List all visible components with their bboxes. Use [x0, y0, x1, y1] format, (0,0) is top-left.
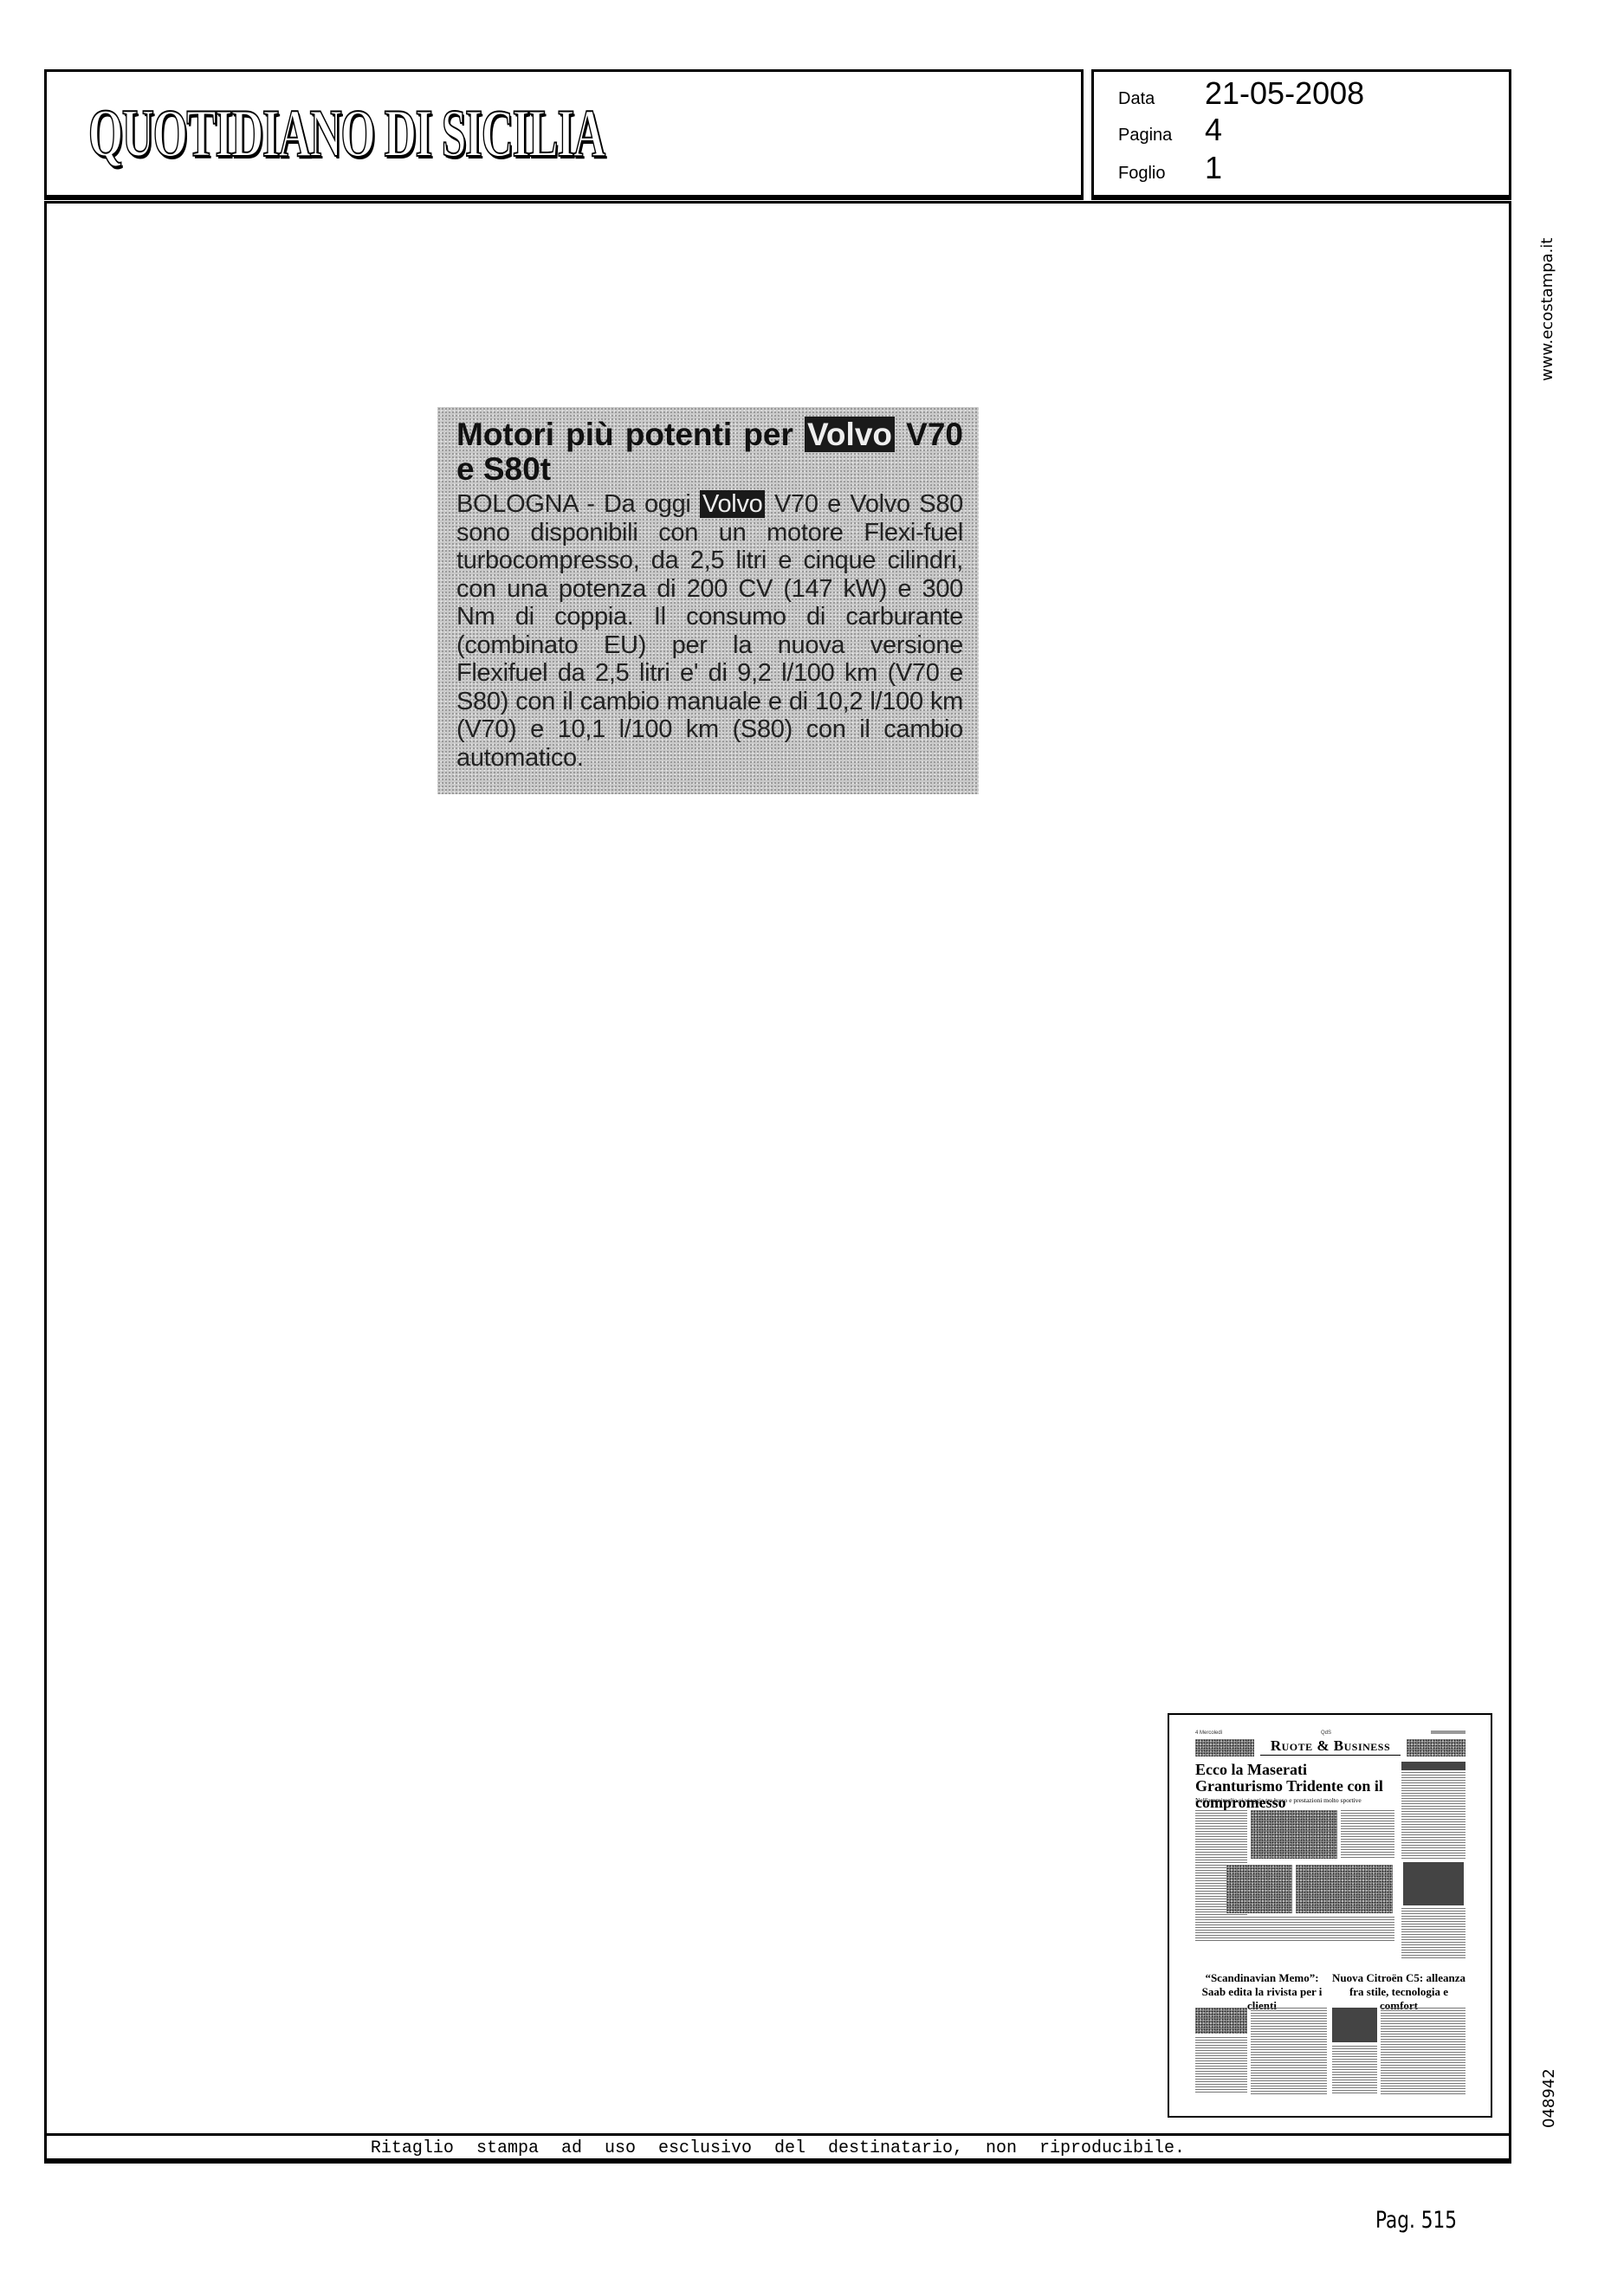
- thumb-banner-left-image: [1195, 1739, 1254, 1756]
- thumb-headline-citroen: Nuova Citroën C5: alleanza fra stile, te…: [1332, 1971, 1465, 2013]
- page-value: 4: [1205, 112, 1222, 148]
- copyright-notice: Ritaglio stampa ad uso esclusivo del des…: [47, 2138, 1509, 2158]
- thumb-headline-saab: “Scandinavian Memo”: Saab edita la rivis…: [1197, 1971, 1327, 2013]
- thumb-col-text-3: [1195, 1917, 1394, 1941]
- article-headline: Motori più potenti per Volvo V70 e S80t: [456, 417, 963, 487]
- meta-date-row: Data 21-05-2008: [1118, 75, 1364, 112]
- thumb-col-text-5: [1195, 2037, 1247, 2094]
- thumb-sidebar-text: [1401, 1772, 1465, 1859]
- masthead-box: QUOTIDIANO DI SICILIA: [44, 69, 1084, 197]
- source-website-label: www.ecostampa.it: [1538, 238, 1556, 381]
- article-body: BOLOGNA - Da oggi Volvo V70 e Volvo S80 …: [456, 490, 963, 772]
- newspaper-masthead: QUOTIDIANO DI SICILIA: [88, 94, 605, 172]
- footer-divider: [47, 2133, 1509, 2136]
- date-label: Data: [1118, 89, 1205, 109]
- thumbnail-content: 4 Mercoledì QdS Ruote & Business Ecco la…: [1195, 1730, 1465, 2094]
- document-code: 048942: [1540, 2068, 1558, 2128]
- highlighted-keyword: Volvo: [700, 490, 765, 518]
- thumb-photo-5: [1332, 2008, 1377, 2042]
- highlighted-keyword: Volvo: [805, 417, 895, 452]
- thumb-photo-4: [1195, 2008, 1247, 2034]
- thumb-photo-3: [1296, 1865, 1393, 1913]
- page-label: Pagina: [1118, 126, 1205, 146]
- meta-page-row: Pagina 4: [1118, 112, 1222, 148]
- page-thumbnail: 4 Mercoledì QdS Ruote & Business Ecco la…: [1168, 1713, 1492, 2118]
- thumb-banner-right-image: [1407, 1739, 1465, 1756]
- thumb-date-block: [1431, 1730, 1465, 1734]
- thumb-section-title: Ruote & Business: [1260, 1737, 1401, 1756]
- sheet-label: Foglio: [1118, 164, 1205, 184]
- thumb-photo-1: [1251, 1810, 1337, 1859]
- issue-meta-box: Data 21-05-2008 Pagina 4 Foglio 1: [1091, 69, 1511, 197]
- thumb-col-text-4: [1251, 2008, 1327, 2094]
- body-text-rest: V70 e Volvo S80 sono disponibili con un …: [456, 490, 963, 772]
- headline-text: Motori più potenti per: [456, 417, 805, 452]
- thumb-sidebar-header: [1401, 1762, 1465, 1770]
- date-value: 21-05-2008: [1205, 75, 1364, 112]
- sheet-value: 1: [1205, 150, 1222, 186]
- body-text-start: BOLOGNA - Da oggi: [456, 490, 700, 518]
- thumb-sidebar-image: [1403, 1862, 1464, 1905]
- article-clipping: Motori più potenti per Volvo V70 e S80t …: [437, 407, 979, 794]
- thumb-paper-logo: QdS: [1321, 1730, 1331, 1736]
- thumb-subheadline: Nell'ammiraglia si viaggia tra lusso e p…: [1195, 1796, 1394, 1804]
- page-number: Pag. 515: [1375, 2207, 1457, 2234]
- meta-sheet-row: Foglio 1: [1118, 150, 1222, 186]
- thumb-col-text-2: [1341, 1810, 1394, 1859]
- thumb-col-text-6: [1381, 2008, 1465, 2094]
- thumb-photo-2: [1226, 1865, 1292, 1913]
- thumb-col-text-7: [1332, 2046, 1377, 2094]
- thumb-page-date: 4 Mercoledì: [1195, 1730, 1222, 1736]
- thumb-sidebar-text-2: [1401, 1908, 1465, 1960]
